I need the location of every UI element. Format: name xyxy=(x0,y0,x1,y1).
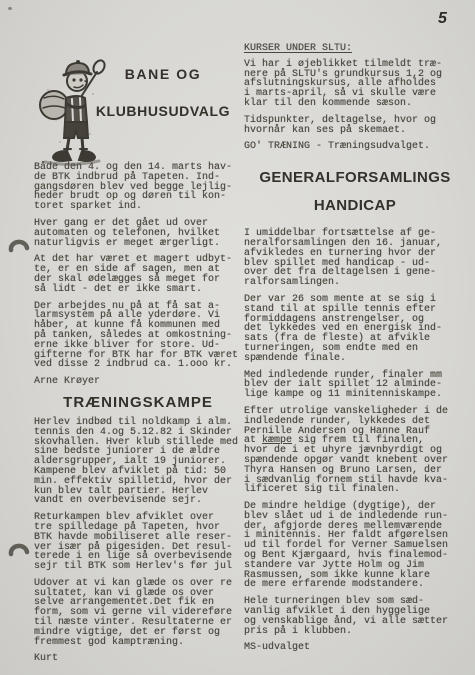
paragraph-handicap-6: Hele turneringen blev som sæd- vanlig af… xyxy=(244,597,466,636)
left-column: Både den 4. og den 14. marts hav- de BTK… xyxy=(34,163,242,671)
paragraph-handicap-2: Der var 26 som mente at se sig i stand t… xyxy=(244,295,466,364)
scanned-newsletter-page: 5 xyxy=(0,0,475,675)
paragraph-handicap-1: I umiddelbar fortsættelse af ge- neralfo… xyxy=(244,229,466,288)
section-title-bane: BANE OG xyxy=(92,66,234,82)
section-title-klubhusudvalg: KLUBHUSUDVALG xyxy=(92,103,234,119)
paragraph-handicap-4: Efter utrolige vanskeligheder i de indle… xyxy=(244,407,466,495)
paragraph-kurser-2: Tidspunkter, deltagelse, hvor og hvornår… xyxy=(244,116,466,136)
section-title-kurser-under-sltu: KURSER UNDER SLTU: xyxy=(244,44,466,54)
paragraph-indbrud-2: Hver gang er det gået ud over automaten … xyxy=(34,219,242,248)
signature-ms-udvalget: MS-udvalget xyxy=(244,643,466,653)
paragraph-traening-2: Returkampen blev afviklet over tre spill… xyxy=(34,513,242,572)
paragraph-handicap-4-post: sig frem til finalen, hvor de i et uhyre… xyxy=(244,435,448,495)
paragraph-handicap-5: De mindre heldige (dygtige), der blev sl… xyxy=(244,502,466,590)
paragraph-kurser-1: Vi har i øjeblikket tilmeldt træ- nere p… xyxy=(244,60,466,109)
signature-arne-kroyer: Arne Krøyer xyxy=(34,377,242,387)
section-title-handicap: HANDICAP xyxy=(244,197,466,214)
punch-hole-icon xyxy=(8,237,32,255)
paragraph-traening-1: Herlev indbød til noldkamp i alm. tennis… xyxy=(34,418,242,506)
section-title-generalforsamlings: GENERALFORSAMLINGS xyxy=(244,169,466,186)
paragraph-indbrud-3: At det har været et magert udbyt- te, er… xyxy=(34,255,242,294)
paragraph-handicap-3: Med indledende runder, finaler mm blev d… xyxy=(244,371,466,400)
signature-kurt: Kurt xyxy=(34,654,242,664)
section-title-traeningskampe: TRÆNINGSKAMPE xyxy=(34,394,242,411)
punch-hole-icon xyxy=(8,541,32,559)
paragraph-indbrud-4: Der arbejdes nu på at få sat a- larmsyst… xyxy=(34,302,242,371)
paragraph-indbrud-1: Både den 4. og den 14. marts hav- de BTK… xyxy=(34,163,242,212)
scan-speck xyxy=(8,7,12,10)
right-column: KURSER UNDER SLTU: Vi har i øjeblikket t… xyxy=(244,44,466,660)
paragraph-kurser-3: GO' TRÆNING - Træningsudvalget. xyxy=(244,142,466,152)
paragraph-traening-3: Udover at vi kan glæde os over re sultat… xyxy=(34,579,242,648)
masthead: BANE OG KLUBHUSUDVALG xyxy=(92,66,234,119)
page-number: 5 xyxy=(438,10,447,28)
